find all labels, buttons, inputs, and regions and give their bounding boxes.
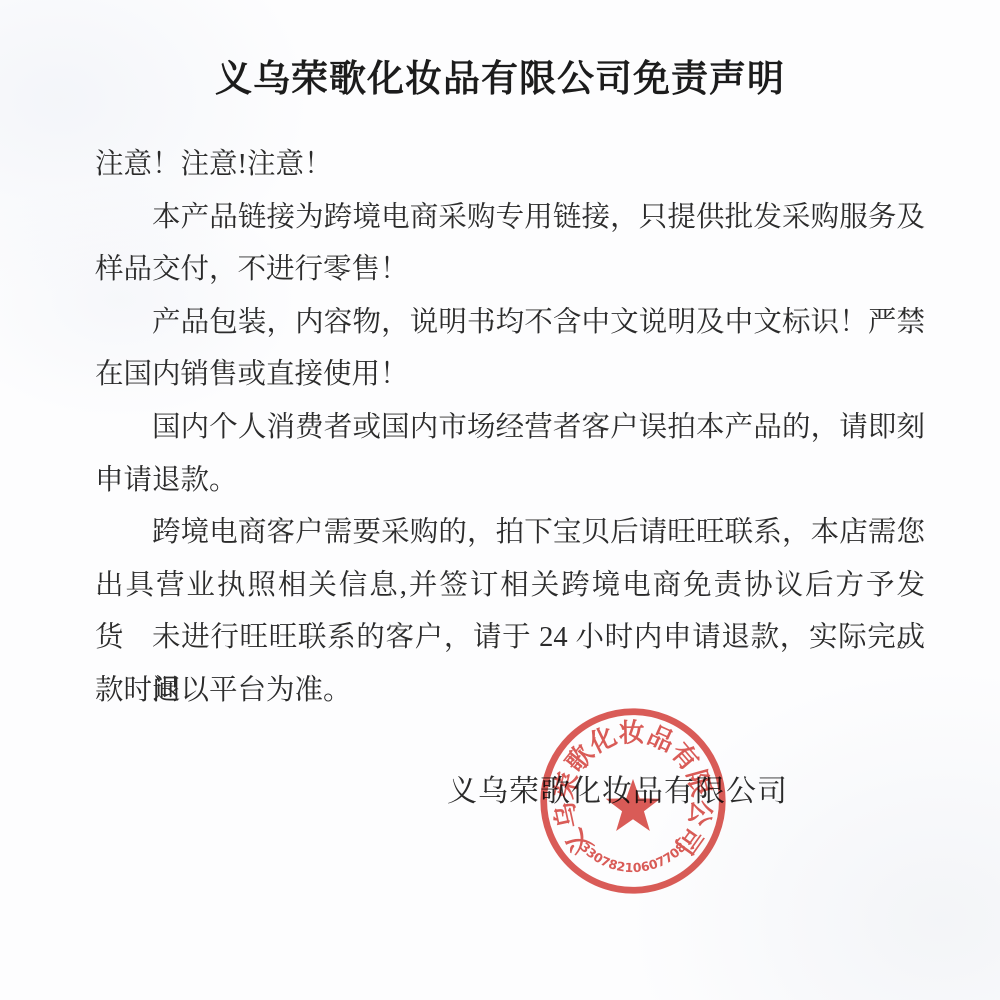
body-line: 未进行旺旺联系的客户，请于 24 小时内申请退款，实际完成退	[95, 612, 925, 665]
company-seal: 义乌荣歌化妆品有限公司 33078210607708	[537, 705, 729, 897]
seal-star-icon	[606, 779, 661, 831]
document-body: 注意！注意!注意！ 本产品链接为跨境电商采购专用链接，只提供批发采购服务及 样品…	[95, 139, 925, 718]
body-line-notice: 注意！注意!注意！	[95, 139, 925, 192]
body-line: 产品包装，内容物，说明书均不含中文说明及中文标识！严禁	[95, 297, 925, 350]
document-page: 义乌荣歌化妆品有限公司免责声明 注意！注意!注意！ 本产品链接为跨境电商采购专用…	[0, 0, 1000, 1000]
body-line: 国内个人消费者或国内市场经营者客户误拍本产品的，请即刻	[95, 402, 925, 455]
body-line: 申请退款。	[95, 455, 925, 508]
body-line: 本产品链接为跨境电商采购专用链接，只提供批发采购服务及	[95, 192, 925, 245]
body-line: 款时间以平台为准。	[95, 665, 925, 718]
body-line: 样品交付，不进行零售！	[95, 244, 925, 297]
document-title: 义乌荣歌化妆品有限公司免责声明	[0, 48, 1000, 102]
body-line: 跨境电商客户需要采购的，拍下宝贝后请旺旺联系，本店需您	[95, 507, 925, 560]
body-line: 在国内销售或直接使用！	[95, 349, 925, 402]
body-line: 出具营业执照相关信息,并签订相关跨境电商免责协议后方予发货。	[95, 560, 925, 613]
